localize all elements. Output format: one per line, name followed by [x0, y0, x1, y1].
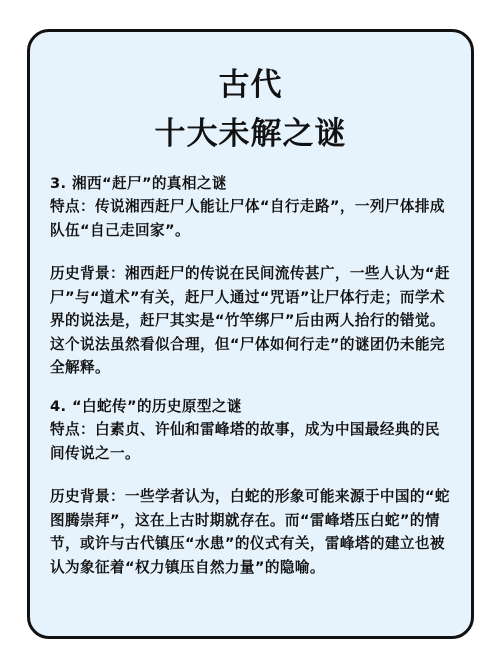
section-3-feature: 特点：传说湘西赶尸人能让尸体“自行走路”，一列尸体排成队伍“自己走回家”。	[50, 195, 454, 242]
title-line-2: 十大未解之谜	[30, 108, 471, 153]
title-line-1: 古代	[30, 59, 471, 104]
section-4-feature: 特点：白素贞、许仙和雷峰塔的故事，成为中国最经典的民间传说之一。	[50, 418, 454, 465]
section-3-background: 历史背景：湘西赶尸的传说在民间流传甚广，一些人认为“赶尸”与“道术”有关，赶尸人…	[50, 262, 454, 380]
section-4-heading: 4. “白蛇传”的历史原型之谜	[50, 395, 454, 419]
section-3-heading: 3. 湘西“赶尸”的真相之谜	[50, 172, 454, 196]
content-card: 古代 十大未解之谜 3. 湘西“赶尸”的真相之谜 特点：传说湘西赶尸人能让尸体“…	[27, 29, 474, 639]
section-4-background: 历史背景：一些学者认为，白蛇的形象可能来源于中国的“蛇图腾崇拜”，这在上古时期就…	[50, 485, 454, 579]
